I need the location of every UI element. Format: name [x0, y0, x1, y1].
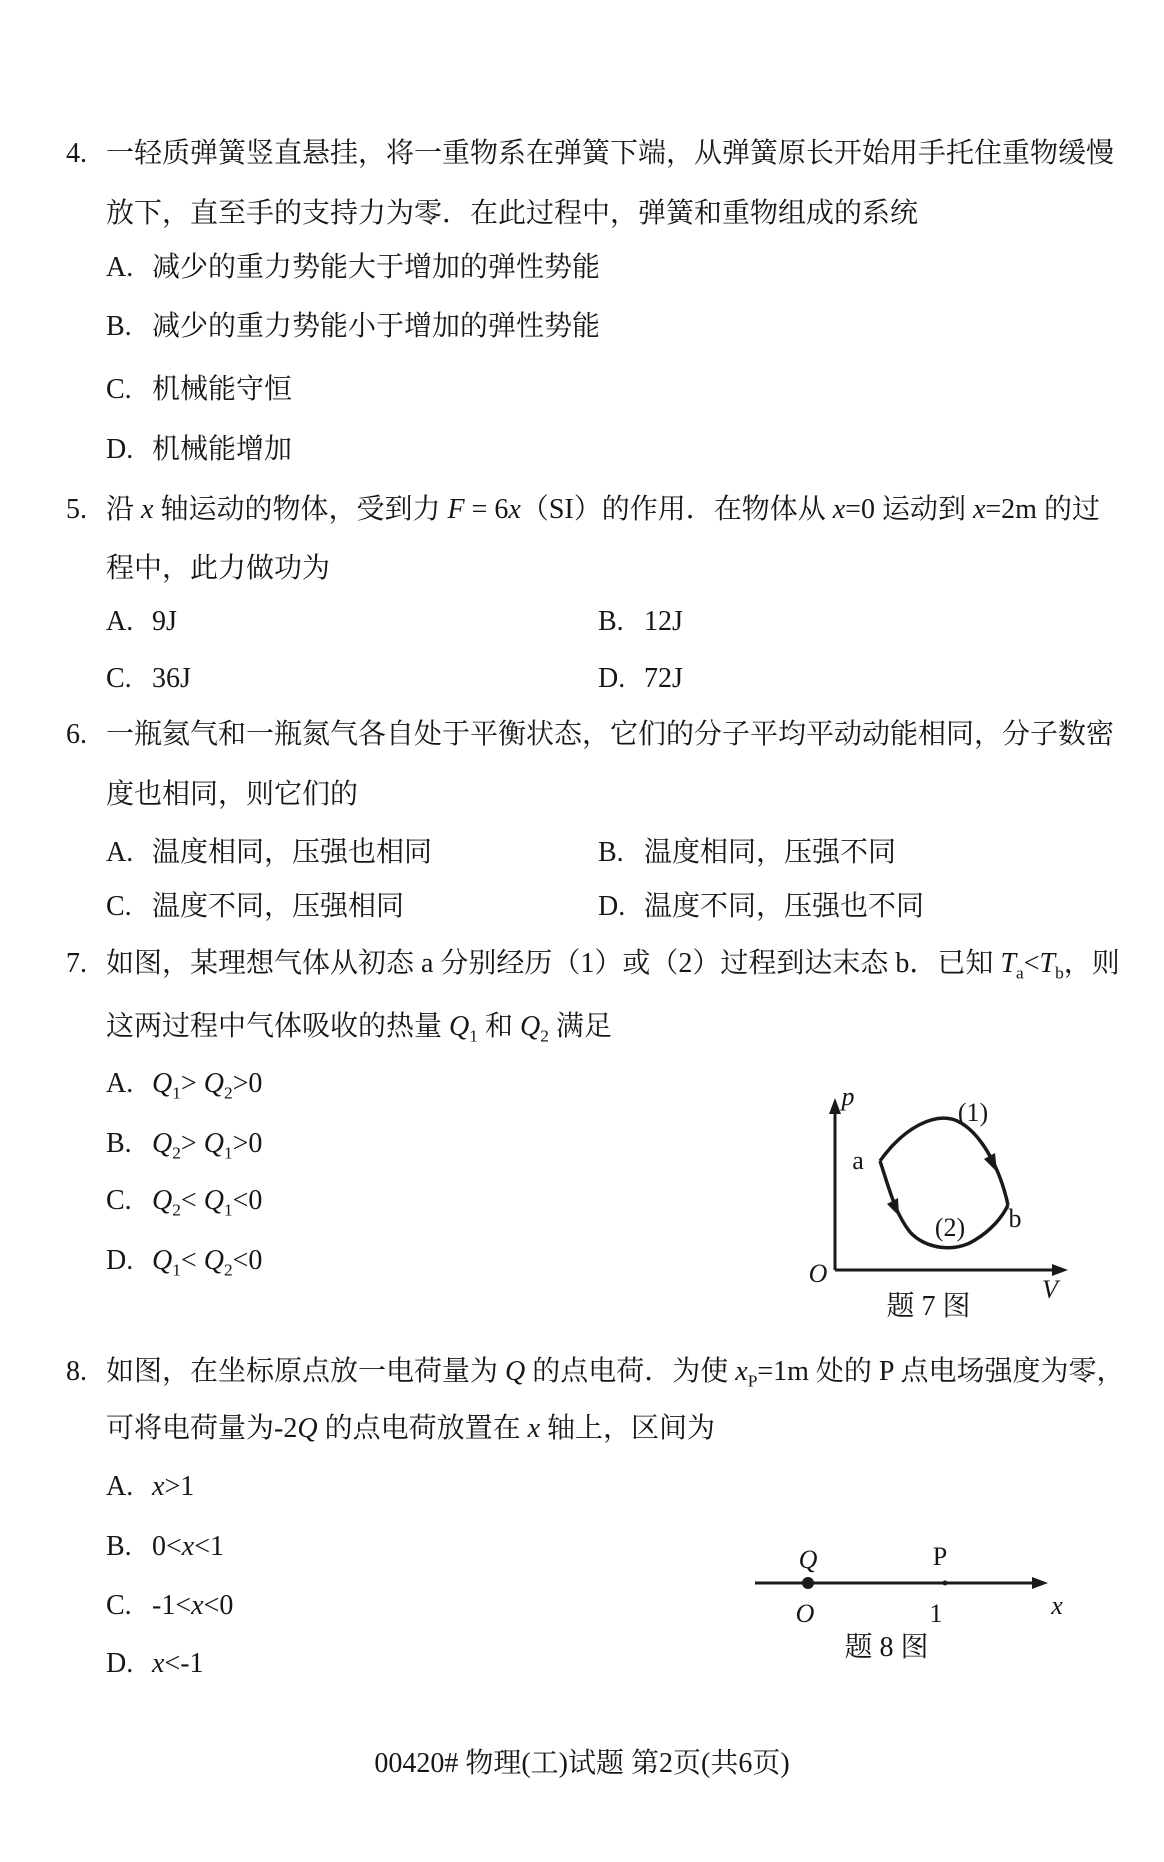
page-footer: 00420# 物理(工)试题 第2页(共6页)	[0, 1741, 1164, 1781]
question-6-option-d: D.温度不同，压强也不同	[598, 889, 924, 925]
fig7-caption: 题7图	[886, 1290, 977, 1320]
question-8-option-a: A.x>1	[106, 1469, 194, 1505]
question-4-option-a: A.减少的重力势能大于增加的弹性势能	[106, 250, 600, 286]
question-6-line-2: 度也相同，则它们的	[106, 777, 358, 813]
question-7-line-2: 这两过程中气体吸收的热量 Q1 和 Q2 满足	[106, 1009, 612, 1045]
question-6-option-a: A.温度相同，压强也相同	[106, 835, 432, 871]
fig7-path-1-label: (1)	[958, 1098, 988, 1127]
fig8-point-p-label: P	[933, 1542, 947, 1571]
question-8-option-c: C.-1<x<0	[106, 1588, 233, 1624]
question-4-text: 一轻质弹簧竖直悬挂，将一重物系在弹簧下端，从弹簧原长开始用手托住重物缓慢	[106, 138, 1114, 169]
question-4-option-d: D.机械能增加	[106, 432, 292, 468]
fig8-caption: 题8图	[844, 1631, 935, 1663]
fig8-tick-1-label: 1	[930, 1599, 943, 1628]
question-8-line-2: 可将电荷量为-2Q 的点电荷放置在 x 轴上，区间为	[106, 1411, 715, 1447]
fig7-state-b-label: b	[1009, 1204, 1022, 1233]
question-5-option-a: A.9J	[106, 604, 177, 640]
question-5-option-c: C.36J	[106, 661, 191, 697]
question-6-option-c: C.温度不同，压强相同	[106, 889, 404, 925]
fig7-p-v-diagram: p V O a b (1) (2) 题7图	[770, 1065, 1080, 1320]
exam-page: 4.一轻质弹簧竖直悬挂，将一重物系在弹簧下端，从弹簧原长开始用手托住重物缓慢 放…	[0, 0, 1164, 1862]
question-4-line-2: 放下，直至手的支持力为零．在此过程中，弹簧和重物组成的系统	[106, 196, 918, 232]
question-7-option-b: B.Q2> Q1>0	[106, 1126, 262, 1162]
fig7-curve-1-arrow-icon	[984, 1153, 997, 1172]
fig8-x-axis-diagram: Q P O 1 x 题8图	[740, 1528, 1090, 1663]
question-8-option-d: D.x<-1	[106, 1646, 204, 1682]
question-6-number: 6.	[66, 717, 106, 753]
question-7-line-1: 7.如图，某理想气体从初态 a 分别经历（1）或（2）过程到达末态 b．已知 T…	[66, 946, 1120, 982]
question-5-line-2: 程中，此力做功为	[106, 551, 330, 587]
fig8-point-p-dot	[943, 1581, 948, 1586]
fig8-origin-label: O	[796, 1599, 815, 1628]
question-7-option-a: A.Q1> Q2>0	[106, 1066, 262, 1102]
question-7-option-c: C.Q2< Q1<0	[106, 1183, 262, 1219]
fig8-charge-q-dot	[802, 1577, 814, 1589]
fig8-charge-q-label: Q	[799, 1545, 818, 1574]
fig7-v-axis-label: V	[1042, 1275, 1061, 1304]
question-4-number: 4.	[66, 136, 106, 172]
fig7-p-axis-label: p	[840, 1082, 855, 1111]
question-5-line-1: 5.沿 x 轴运动的物体，受到力 F = 6x（SI）的作用．在物体从 x=0 …	[66, 492, 1100, 528]
fig7-path-2-label: (2)	[935, 1213, 965, 1242]
question-5-option-b: B.12J	[598, 604, 683, 640]
fig8-x-axis-arrow-icon	[1032, 1577, 1048, 1589]
question-8-number: 8.	[66, 1354, 106, 1390]
question-8-option-b: B.0<x<1	[106, 1529, 224, 1565]
question-7-number: 7.	[66, 946, 106, 982]
question-6-line-1: 6.一瓶氦气和一瓶氮气各自处于平衡状态，它们的分子平均平动动能相同，分子数密	[66, 717, 1114, 753]
fig7-p-axis-arrow-icon	[829, 1098, 841, 1114]
fig8-x-label: x	[1050, 1591, 1063, 1620]
question-5-number: 5.	[66, 492, 106, 528]
fig7-state-a-label: a	[852, 1146, 864, 1175]
question-8-line-1: 8.如图，在坐标原点放一电荷量为 Q 的点电荷．为使 xP=1m 处的 P 点电…	[66, 1354, 1124, 1390]
question-5-option-d: D.72J	[598, 661, 683, 697]
fig7-origin-label: O	[809, 1259, 828, 1288]
question-6-option-b: B.温度相同，压强不同	[598, 835, 896, 871]
question-7-option-d: D.Q1< Q2<0	[106, 1243, 262, 1279]
question-4-option-c: C.机械能守恒	[106, 372, 292, 408]
question-4-option-b: B.减少的重力势能小于增加的弹性势能	[106, 309, 600, 345]
question-4-line-1: 4.一轻质弹簧竖直悬挂，将一重物系在弹簧下端，从弹簧原长开始用手托住重物缓慢	[66, 136, 1114, 172]
